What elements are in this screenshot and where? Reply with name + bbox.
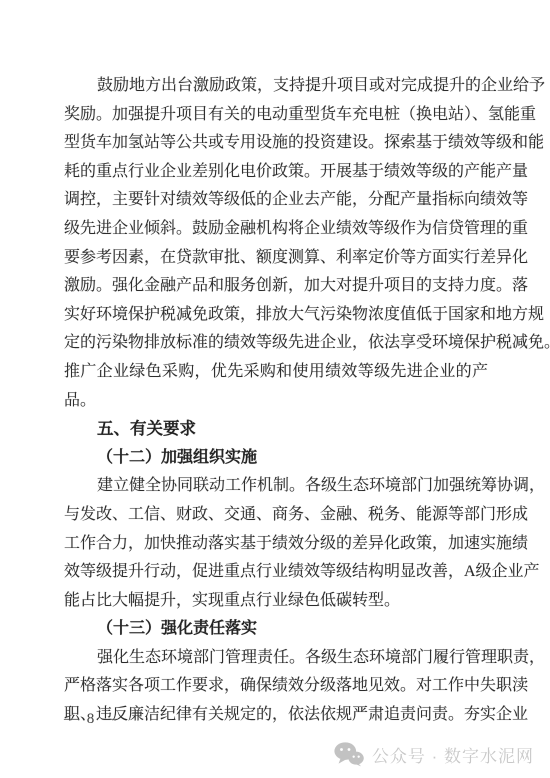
body-line: 激励。强化金融产品和服务创新，加大对提升项目的支持力度。落 bbox=[64, 272, 488, 301]
body-line: 建立健全协同联动工作机制。各级生态环境部门加强统筹协调， bbox=[64, 472, 488, 501]
body-line: 能占比大幅提升，实现重点行业绿色低碳转型。 bbox=[64, 587, 488, 616]
body-line: 级先进企业倾斜。鼓励金融机构将企业绩效等级作为信贷管理的重 bbox=[64, 215, 488, 244]
body-line: 奖励。加强提升项目有关的电动重型货车充电桩（换电站）、氢能重 bbox=[64, 101, 488, 130]
body-line: 调控，主要针对绩效等级低的企业去产能，分配产量指标向绩效等 bbox=[64, 186, 488, 215]
body-line: 效等级提升行动，促进重点行业绩效等级结构明显改善，A级企业产 bbox=[64, 558, 488, 587]
body-line: 型货车加氢站等公共或专用设施的投资建设。探索基于绩效等级和能 bbox=[64, 129, 488, 158]
page-number: — 8 — bbox=[64, 711, 119, 728]
body-line: 工作合力，加快推动落实基于绩效分级的差异化政策，加速实施绩 bbox=[64, 530, 488, 559]
footer-brand-label: 公众号 · 数字水泥网 bbox=[372, 742, 534, 767]
body-line: 与发改、工信、财政、交通、商务、金融、税务、能源等部门形成 bbox=[64, 501, 488, 530]
body-line: 职、违反廉洁纪律有关规定的，依法依规严肃追责问责。夯实企业 bbox=[64, 701, 488, 730]
wechat-icon bbox=[334, 741, 364, 767]
body-line: 定的污染物排放标准的绩效等级先进企业，依法享受环境保护税减免。 bbox=[64, 329, 488, 358]
body-line: 严格落实各项工作要求，确保绩效分级落地见效。对工作中失职渎 bbox=[64, 672, 488, 701]
body-line: 鼓励地方出台激励政策，支持提升项目或对完成提升的企业给予 bbox=[64, 72, 488, 101]
body-line: 实好环境保护税减免政策，排放大气污染物浓度值低于国家和地方规 bbox=[64, 301, 488, 330]
subsection-heading-13: （十三）强化责任落实 bbox=[64, 615, 488, 644]
subsection-heading-12: （十二）加强组织实施 bbox=[64, 444, 488, 473]
footer-brand: 公众号 · 数字水泥网 bbox=[334, 741, 534, 767]
document-page: 鼓励地方出台激励政策，支持提升项目或对完成提升的企业给予 奖励。加强提升项目有关… bbox=[0, 0, 550, 778]
body-line: 要参考因素，在贷款审批、额度测算、利率定价等方面实行差异化 bbox=[64, 244, 488, 273]
document-body: 鼓励地方出台激励政策，支持提升项目或对完成提升的企业给予 奖励。加强提升项目有关… bbox=[64, 72, 488, 730]
body-line: 耗的重点行业企业差别化电价政策。开展基于绩效等级的产能产量 bbox=[64, 158, 488, 187]
section-heading-requirements: 五、有关要求 bbox=[64, 415, 488, 444]
body-line: 强化生态环境部门管理责任。各级生态环境部门履行管理职责， bbox=[64, 644, 488, 673]
body-line: 推广企业绿色采购，优先采购和使用绩效等级先进企业的产品。 bbox=[64, 358, 488, 415]
